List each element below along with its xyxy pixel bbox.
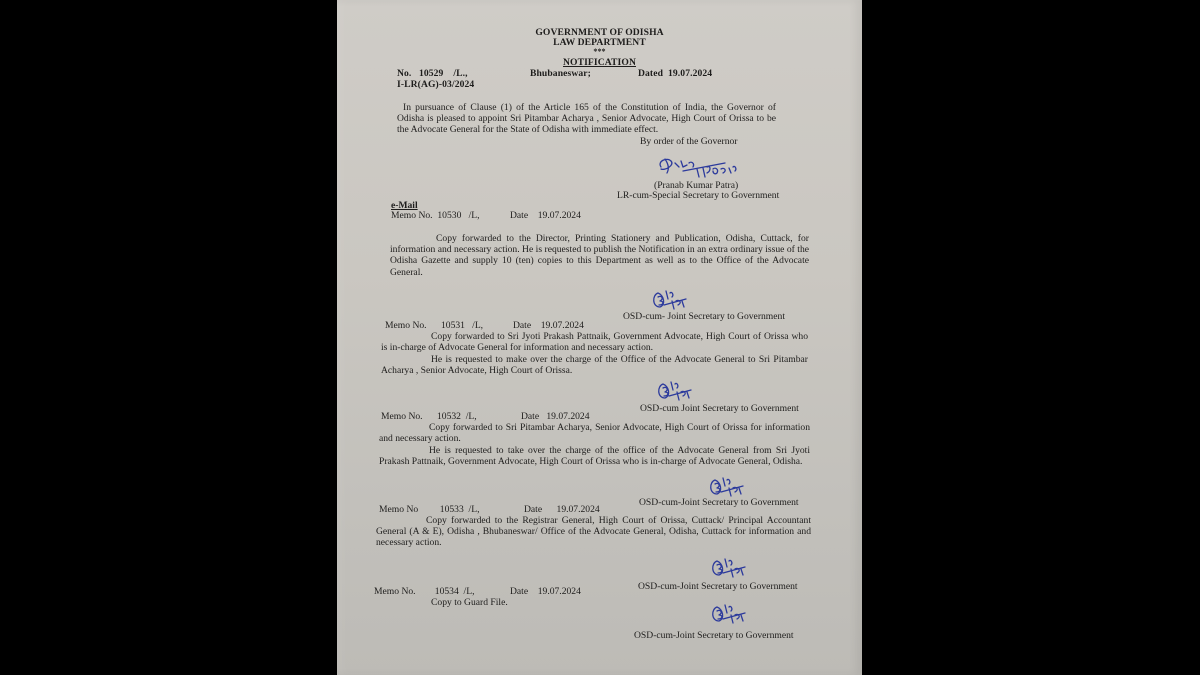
memo-number: 10534 [435,586,459,597]
memo-signatory-title: OSD-cum-Joint Secretary to Government [638,581,798,592]
notification-title-text: NOTIFICATION [563,57,636,68]
memo-label: Memo No. [385,320,427,331]
memo-suffix: /L, [469,504,480,515]
notification-date: Dated 19.07.2024 [638,68,712,79]
notification-title: NOTIFICATION [337,57,862,68]
memo-suffix: /L, [466,411,477,422]
memo-header: Memo No. 10534 /L, [374,586,474,597]
memo-suffix: /L, [469,210,480,221]
memo-date: Date 19.07.2024 [510,586,581,597]
initials-signature-icon [650,285,690,313]
memo-header: Memo No. 10530 /L, [391,210,480,221]
memo-signatory-title: OSD-cum-Joint Secretary to Government [634,630,794,641]
memo-suffix: /L, [472,320,483,331]
memo-date-value: 19.07.2024 [541,320,584,331]
memo-header: Memo No. 10532 /L, [381,411,477,422]
memo-date-label: Date [524,504,542,515]
memo-date-label: Date [513,320,531,331]
dated-label: Dated [638,68,663,79]
signatory-title: LR-cum-Special Secretary to Government [617,190,779,201]
memo-number: 10532 [437,411,461,422]
memo-header: Memo No 10533 /L, [379,504,479,515]
file-number: I-LR(AG)-03/2024 [397,79,474,90]
memo-date: Date 19.07.2024 [510,210,581,221]
document-page: GOVERNMENT OF ODISHA LAW DEPARTMENT *** … [337,0,862,675]
initials-signature-icon [709,553,749,581]
memo-date-value: 19.07.2024 [557,504,600,515]
initials-signature-icon [709,599,749,627]
notification-number: No. 10529 /L., [397,68,468,79]
memo-header: Memo No. 10531 /L, [385,320,483,331]
memo-date: Date 19.07.2024 [524,504,600,515]
memo-paragraph: Copy forwarded to Sri Jyoti Prakash Patt… [381,331,808,353]
memo-paragraph: Copy forwarded to Sri Pitambar Acharya, … [379,422,810,444]
place: Bhubaneswar; [530,68,591,79]
memo-date-label: Date [521,411,539,422]
memo-date-value: 19.07.2024 [546,411,589,422]
memo-label: Memo No. [381,411,423,422]
memo-label: Memo No. [391,210,433,221]
memo-paragraph: He is requested to take over the charge … [379,445,810,467]
memo-date-label: Date [510,586,528,597]
memo-number: 10533 [440,504,464,515]
memo-date-value: 19.07.2024 [538,210,581,221]
number-label: No. [397,68,411,79]
memo-date-value: 19.07.2024 [538,586,581,597]
memo-label: Memo No. [374,586,416,597]
memo-date: Date 19.07.2024 [521,411,590,422]
number-suffix: /L., [453,68,467,79]
dated-value: 19.07.2024 [668,68,712,79]
by-order: By order of the Governor [640,136,738,147]
memo-paragraph: Copy to Guard File. [431,597,508,608]
memo-date: Date 19.07.2024 [513,320,584,331]
initials-signature-icon [655,376,695,404]
memo-number: 10531 [441,320,465,331]
memo-signatory-title: OSD-cum- Joint Secretary to Government [623,311,785,322]
memo-paragraph: Copy forwarded to the Director, Printing… [390,233,809,278]
number-value: 10529 [419,68,443,79]
memo-signatory-title: OSD-cum-Joint Secretary to Government [639,497,799,508]
memo-signatory-title: OSD-cum Joint Secretary to Government [640,403,799,414]
memo-suffix: /L, [464,586,475,597]
memo-paragraph: Copy forwarded to the Registrar General,… [376,515,811,549]
memo-paragraph: He is requested to make over the charge … [381,354,808,376]
memo-label: Memo No [379,504,418,515]
memo-number: 10530 [437,210,461,221]
stars-divider: *** [337,47,862,56]
notification-body: In pursuance of Clause (1) of the Articl… [397,102,776,136]
initials-signature-icon [707,472,747,500]
memo-date-label: Date [510,210,528,221]
